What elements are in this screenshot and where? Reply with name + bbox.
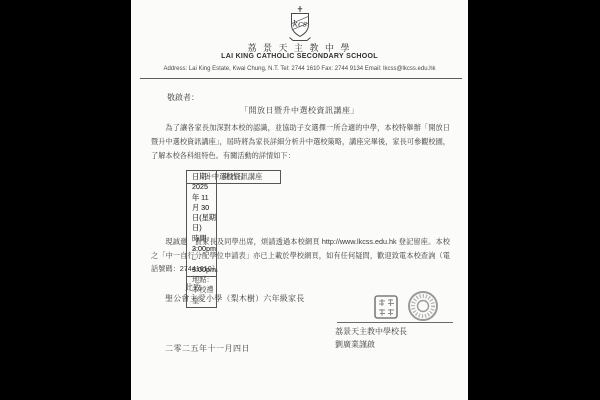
principal-square-seal-icon (374, 295, 398, 319)
recipient-line: 聖公會主愛小學（梨木樹）六年級家長 (165, 293, 304, 304)
signature-line (337, 322, 453, 323)
letter-date: 二零二五年十一月四日 (165, 343, 250, 354)
signer-name: 劉廣業謹啟 (335, 339, 375, 350)
school-crest-icon: kcs (287, 6, 313, 43)
signer-title: 荔景天主教中學校長 (335, 326, 407, 337)
letter-page: kcs 荔 景 天 主 教 中 學 LAI KING CATHOLIC SECO… (131, 0, 468, 400)
event-date: 日期：2025 年 11 月 30 日(星期日) (192, 172, 216, 234)
salutation: 敬啟者： (167, 92, 199, 103)
letter-subject-title: 「開放日暨升中選校資訊講座」 (131, 105, 468, 116)
svg-text:kcs: kcs (293, 20, 308, 30)
school-address-line: Address: Lai King Estate, Kwai Chung, N.… (131, 66, 468, 72)
school-name-english: LAI KING CATHOLIC SECONDARY SCHOOL (131, 53, 468, 60)
screenshot-stage: kcs 荔 景 天 主 教 中 學 LAI KING CATHOLIC SECO… (0, 0, 600, 400)
school-round-seal-icon (407, 290, 439, 322)
closing-phrase: 此致 (185, 282, 201, 293)
header-divider (140, 78, 462, 79)
invitation-paragraph: 現誠邀 貴家長及同學出席，煩請透過本校網頁 http://www.lkcss.e… (151, 235, 450, 276)
intro-paragraph: 為了讓各家長加深對本校的認識，並協助子女選擇一所合適的中學，本校特舉辦「開放日暨… (151, 121, 450, 163)
